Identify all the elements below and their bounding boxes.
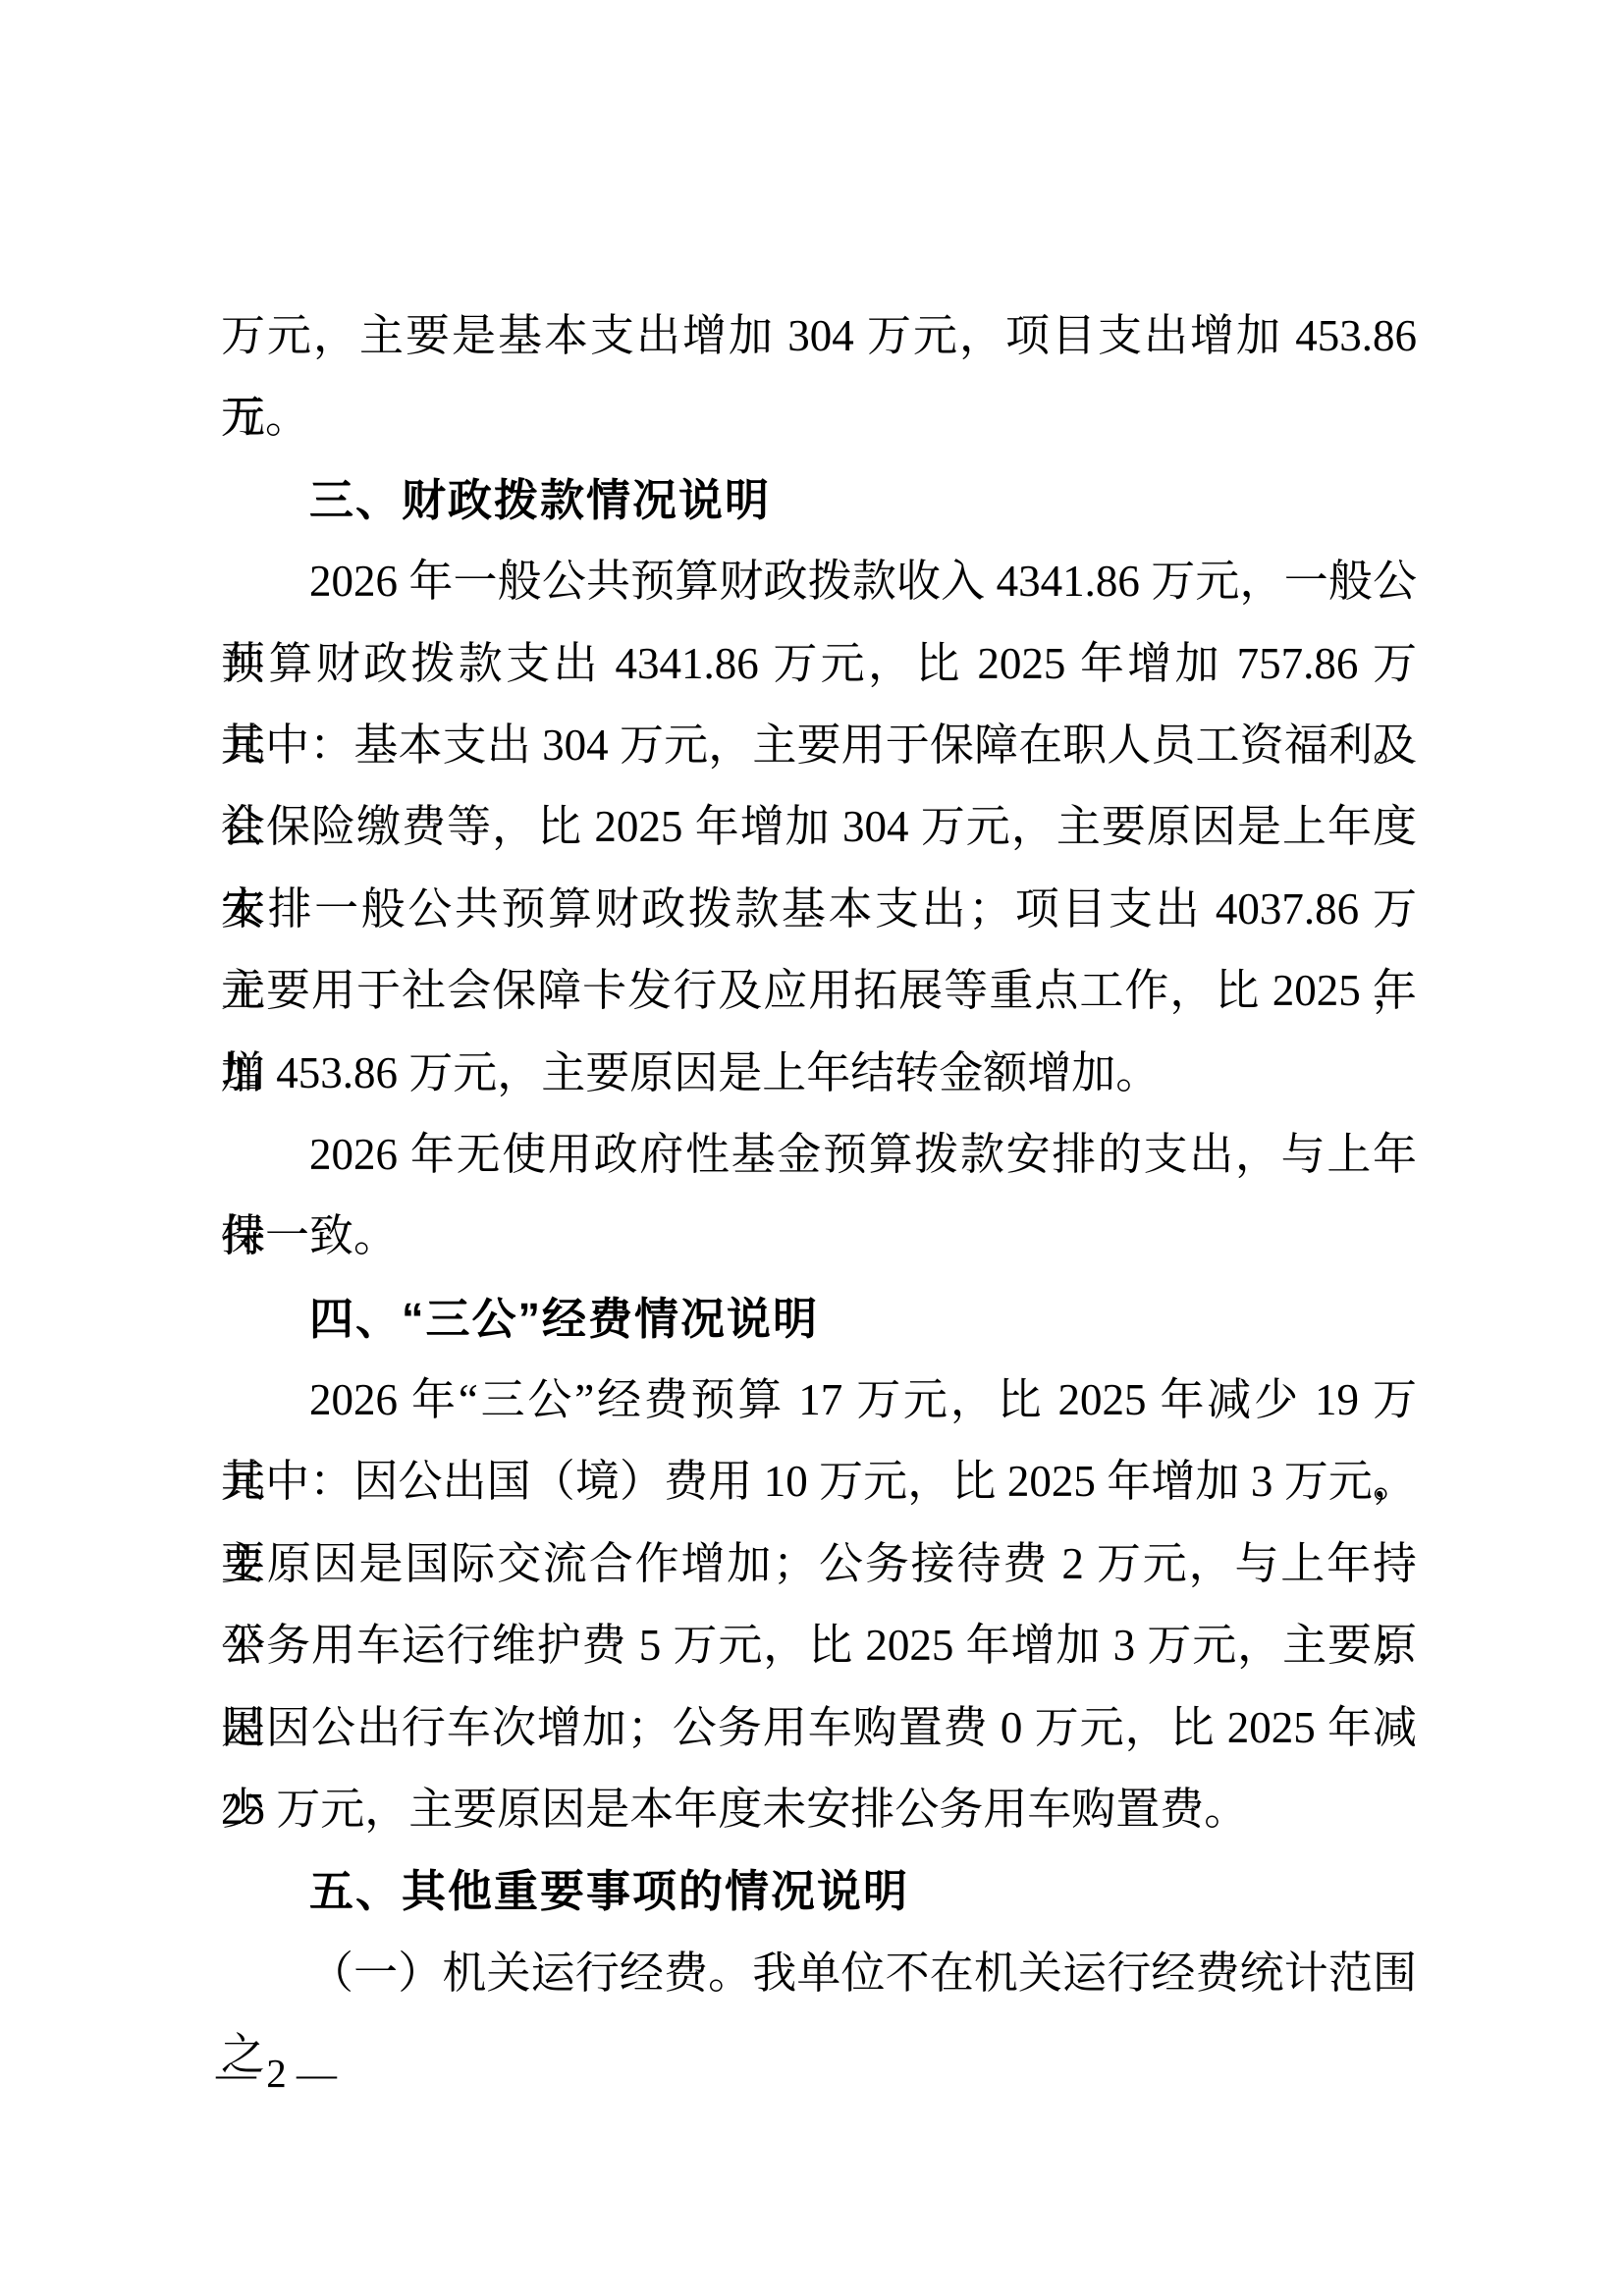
paragraph-line: 其中：因公出国（境）费用 10 万元，比 2025 年增加 3 万元，主 [221, 1441, 1417, 1522]
paragraph-line: 2026 年“三公”经费预算 17 万元，比 2025 年减少 19 万元。 [221, 1360, 1417, 1441]
paragraph-line: 是因公出行车次增加；公务用车购置费 0 万元，比 2025 年减少 [221, 1687, 1417, 1769]
section-heading-5: 五、其他重要事项的情况说明 [221, 1850, 1417, 1932]
paragraph-line: 要原因是国际交流合作增加；公务接待费 2 万元，与上年持平； [221, 1523, 1417, 1605]
paragraph-line: 会保险缴费等，比 2025 年增加 304 万元，主要原因是上年度未 [221, 786, 1417, 868]
paragraph-line: 万元，主要是基本支出增加 304 万元，项目支出增加 453.86 万 [221, 295, 1417, 377]
paragraph-line: 2026 年无使用政府性基金预算拨款安排的支出，与上年保 [221, 1114, 1417, 1196]
paragraph-line: 公务用车运行维护费 5 万元，比 2025 年增加 3 万元，主要原因 [221, 1605, 1417, 1686]
paragraph-line: 其中：基本支出 304 万元，主要用于保障在职人员工资福利及社 [221, 705, 1417, 786]
section-heading-4: 四、“三公”经费情况说明 [221, 1278, 1417, 1360]
document-body: 万元，主要是基本支出增加 304 万元，项目支出增加 453.86 万 元。 三… [221, 295, 1417, 2014]
paragraph-line: 2026 年一般公共预算财政拨款收入 4341.86 万元，一般公共 [221, 541, 1417, 622]
document-page: 万元，主要是基本支出增加 304 万元，项目支出增加 453.86 万 元。 三… [0, 0, 1624, 2296]
page-number: — 2 — [216, 2044, 337, 2103]
paragraph-line: 25 万元，主要原因是本年度未安排公务用车购置费。 [221, 1769, 1417, 1850]
paragraph-line: 安排一般公共预算财政拨款基本支出；项目支出 4037.86 万元， [221, 869, 1417, 950]
paragraph-line: 持一致。 [221, 1196, 1417, 1277]
paragraph-line: 主要用于社会保障卡发行及应用拓展等重点工作，比 2025 年增 [221, 950, 1417, 1032]
section-heading-3: 三、财政拨款情况说明 [221, 459, 1417, 541]
paragraph-line: （一）机关运行经费。我单位不在机关运行经费统计范围之 [221, 1933, 1417, 2014]
paragraph-line: 预算财政拨款支出 4341.86 万元，比 2025 年增加 757.86 万元… [221, 623, 1417, 705]
paragraph-line: 加 453.86 万元，主要原因是上年结转金额增加。 [221, 1033, 1417, 1114]
paragraph-line: 元。 [221, 377, 1417, 458]
